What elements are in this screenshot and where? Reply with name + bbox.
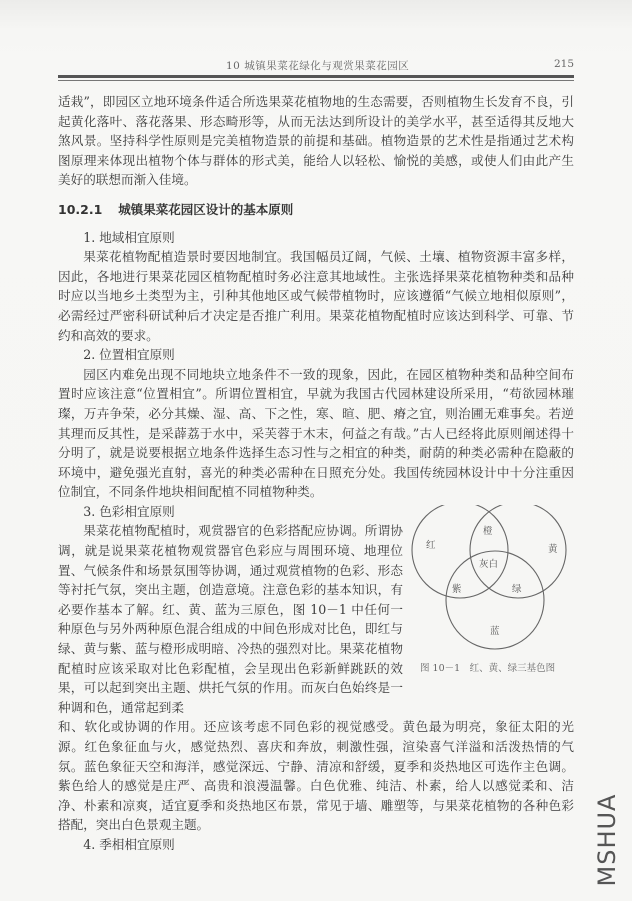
watermark-text: MSHUA	[593, 794, 621, 887]
section-title: 城镇果菜花园区设计的基本原则	[118, 202, 293, 217]
section-heading: 10.2.1城镇果菜花园区设计的基本原则	[58, 200, 574, 220]
principle-1-paragraph: 果菜花植物配植造景时要因地制宜。我国幅员辽阔，气候、土壤、植物资源丰富多样，因此…	[58, 247, 574, 345]
section-number: 10.2.1	[58, 202, 102, 217]
watermark: MSHUA	[592, 790, 622, 890]
principle-1-heading: 1. 地域相宜原则	[58, 228, 574, 248]
chapter-title: 10 城镇果菜花绿化与观赏果菜花园区	[226, 58, 409, 73]
intro-paragraph: 适栽”，即园区立地环境条件适合所选果菜花植物地的生态需要，否则植物生长发育不良，…	[58, 92, 574, 190]
venn-circles	[410, 505, 590, 655]
label-center: 灰白	[479, 556, 498, 570]
label-green: 绿	[512, 581, 522, 595]
principle-3-paragraph-wrapped: 果菜花植物配植时，观赏器官的色彩搭配应协调。所谓协调，就是说果菜花植物观赏器官色…	[58, 521, 403, 717]
document-page: 10 城镇果菜花绿化与观赏果菜花园区 215 适栽”，即园区立地环境条件适合所选…	[0, 0, 632, 901]
principle-4-heading: 4. 季相相宜原则	[58, 835, 574, 855]
running-header: 10 城镇果菜花绿化与观赏果菜花园区 215	[58, 56, 574, 76]
principle-2-paragraph: 园区内难免出现不同地块立地条件不一致的现象，因此，在园区植物种类和品种空间布置时…	[58, 365, 574, 502]
label-red: 红	[426, 537, 436, 551]
body-text: 适栽”，即园区立地环境条件适合所选果菜花植物地的生态需要，否则植物生长发育不良，…	[58, 92, 574, 855]
header-rule-thin	[58, 80, 574, 81]
principle-3-paragraph-full: 和、软化或协调的作用。还应该考虑不同色彩的视觉感受。黄色最为明亮，象征太阳的光源…	[58, 717, 574, 835]
label-blue: 蓝	[490, 623, 500, 637]
header-rule-thick	[58, 75, 574, 78]
label-purple: 紫	[452, 581, 462, 595]
figure-caption: 图 10－1 红、黄、绿三基色图	[420, 660, 555, 674]
page-number: 215	[554, 58, 574, 70]
label-orange: 橙	[483, 523, 493, 537]
color-venn-diagram: 红 黄 橙 灰白 紫 绿 蓝	[410, 505, 590, 685]
label-yellow: 黄	[548, 541, 558, 555]
principle-2-heading: 2. 位置相宜原则	[58, 345, 574, 365]
